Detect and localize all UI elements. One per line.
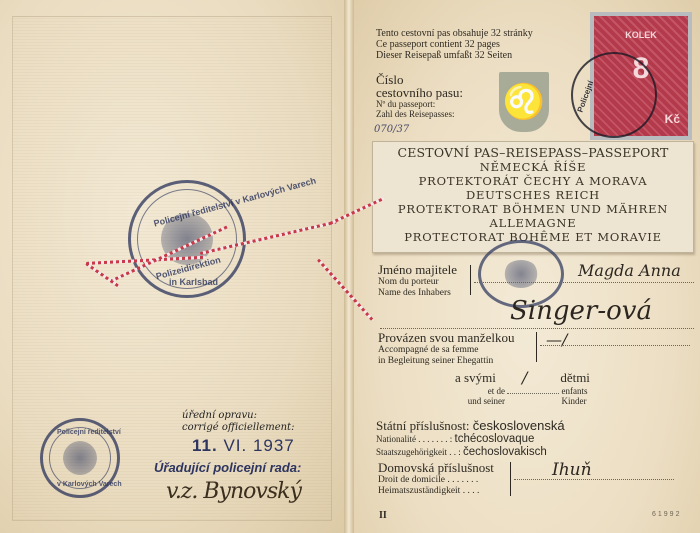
brace: [508, 462, 511, 496]
handwritten-correction-line-2: corrigé officiellement:: [150, 422, 350, 434]
title-line: PROTEKTORÁT ČECHY A MORAVA: [373, 174, 693, 188]
police-stamp-lower: Policejní ředitelství v Karlových Varech: [40, 418, 120, 498]
pages-info: Tento cestovní pas obsahuje 32 stránky C…: [376, 28, 533, 61]
brace: [468, 265, 471, 295]
correction-date: 11. VI. 1937: [150, 436, 350, 456]
stamp-ring: [49, 427, 111, 489]
children-value: /: [522, 368, 527, 387]
children-de: und seiner Kinder: [455, 396, 590, 406]
nationality-field: Státní příslušnost: československá Natio…: [376, 418, 565, 459]
correction-note: úřední opravu: corrigé officiellement: 1…: [150, 410, 350, 504]
holder-name-fr: Nom du porteur: [378, 277, 457, 288]
holder-name-de: Name des Inhabers: [378, 288, 457, 299]
pages-info-de: Dieser Reisepaß umfaßt 32 Seiten: [376, 50, 533, 61]
spouse-cz: Provázen svou manželkou: [378, 330, 514, 345]
label-fr: Nº du passeport:: [376, 99, 463, 109]
police-stamp-karlsbad: Policejní ředitelství v Karlových Varech…: [128, 180, 246, 298]
children-fr: et de enfants: [455, 386, 590, 396]
nationality-cz-label: Státní příslušnost:: [376, 418, 470, 433]
nationality-de-value: čechoslovakisch: [463, 446, 547, 458]
domicile-value: Ihuň: [552, 460, 592, 480]
official-title: Úřadující policejní rada:: [150, 460, 350, 475]
dotted-line: [474, 282, 694, 283]
date-day: 11.: [192, 436, 218, 455]
cancellation-stamp: Policejní: [571, 52, 657, 138]
revenue-stamp-label: KOLEK: [594, 30, 688, 40]
stamp-top-text: Policejní ředitelství: [57, 429, 121, 436]
holder-name-cz: Jméno majitele: [378, 262, 457, 277]
children-de-a: und seiner: [455, 396, 505, 406]
dotted-line: [380, 328, 694, 329]
passport-title-main: CESTOVNÍ PAS–REISEPASS–PASSEPORT: [373, 145, 693, 160]
children-cz-b: dětmi: [560, 370, 590, 385]
coat-of-arms-lion-icon: ♌: [499, 72, 549, 132]
domicile-fr: Droit de domicile . . . . . . .: [378, 475, 494, 486]
title-line: ALLEMAGNE: [373, 216, 693, 230]
label-de: Zahl des Reisepasses:: [376, 109, 463, 119]
children-cz-a: a svými: [455, 370, 496, 385]
dotted-line: [514, 479, 674, 480]
holder-name-label: Jméno majitele Nom du porteur Name des I…: [378, 262, 457, 299]
pages-info-fr: Ce passeport contient 32 pages: [376, 39, 533, 50]
holder-given-names: Magda Anna: [578, 261, 681, 280]
dotted-line: [540, 345, 690, 346]
passport-number-value: 070/37: [374, 124, 409, 135]
nationality-fr: Nationalité . . . . . . . : tchécoslovaq…: [376, 433, 565, 446]
lion-emblem-icon: [503, 260, 540, 289]
stamp-bottom-text-2: in Karlsbad: [169, 277, 218, 287]
domicile-de: Heimatszuständigkeit . . . .: [378, 486, 494, 497]
title-line: PROTEKTORAT BÖHMEN UND MÄHREN: [373, 202, 693, 216]
nationality-cz-value: československá: [473, 418, 565, 433]
domicile-cz: Domovská příslušnost: [378, 460, 494, 475]
passport-number-label: Číslo cestovního pasu: Nº du passeport: …: [376, 73, 463, 119]
revenue-stamp-corner: Kč: [665, 112, 680, 126]
domicile-label: Domovská příslušnost Droit de domicile .…: [378, 460, 494, 497]
handwritten-correction-line-1: úřední opravu:: [150, 410, 350, 422]
passport-spread: Policejní ředitelství v Karlových Varech…: [0, 0, 700, 533]
label-cz-2: cestovního pasu:: [376, 86, 463, 99]
nationality-de: Staatszugehörigkeit . . : čechoslovakisc…: [376, 446, 565, 459]
nationality-fr-value: tchécoslovaque: [455, 433, 535, 445]
children-de-b: Kinder: [562, 396, 587, 406]
date-rest: VI. 1937: [223, 436, 294, 455]
nationality-cz: Státní příslušnost: československá: [376, 418, 565, 433]
nationality-fr-label: Nationalité . . . . . . . :: [376, 434, 452, 444]
brace: [534, 332, 537, 362]
stamp-bottom-text: v Karlových Varech: [57, 481, 122, 488]
spouse-de: in Begleitung seiner Ehegattin: [378, 356, 514, 367]
title-line: NĚMECKÁ ŘÍŠE: [373, 160, 693, 174]
children-fr-a: et de: [455, 386, 505, 396]
holder-surname: Singer-ová: [510, 296, 652, 326]
official-signature: v.z. Bynovský: [150, 479, 350, 504]
serial-number: 61992: [652, 511, 681, 518]
spouse-fr: Accompagné de sa femme: [378, 345, 514, 356]
nationality-de-label: Staatszugehörigkeit . . :: [376, 447, 461, 457]
page-number: II: [379, 510, 387, 521]
spouse-label: Provázen svou manželkou Accompagné de sa…: [378, 330, 514, 367]
title-line: DEUTSCHES REICH: [373, 188, 693, 202]
children-fr-b: enfants: [562, 386, 588, 396]
cancel-text: Policejní: [576, 80, 596, 114]
passport-title-label: CESTOVNÍ PAS–REISEPASS–PASSEPORT NĚMECKÁ…: [372, 141, 694, 253]
pages-info-cz: Tento cestovní pas obsahuje 32 stránky: [376, 28, 533, 39]
spouse-value: —/: [546, 330, 567, 349]
